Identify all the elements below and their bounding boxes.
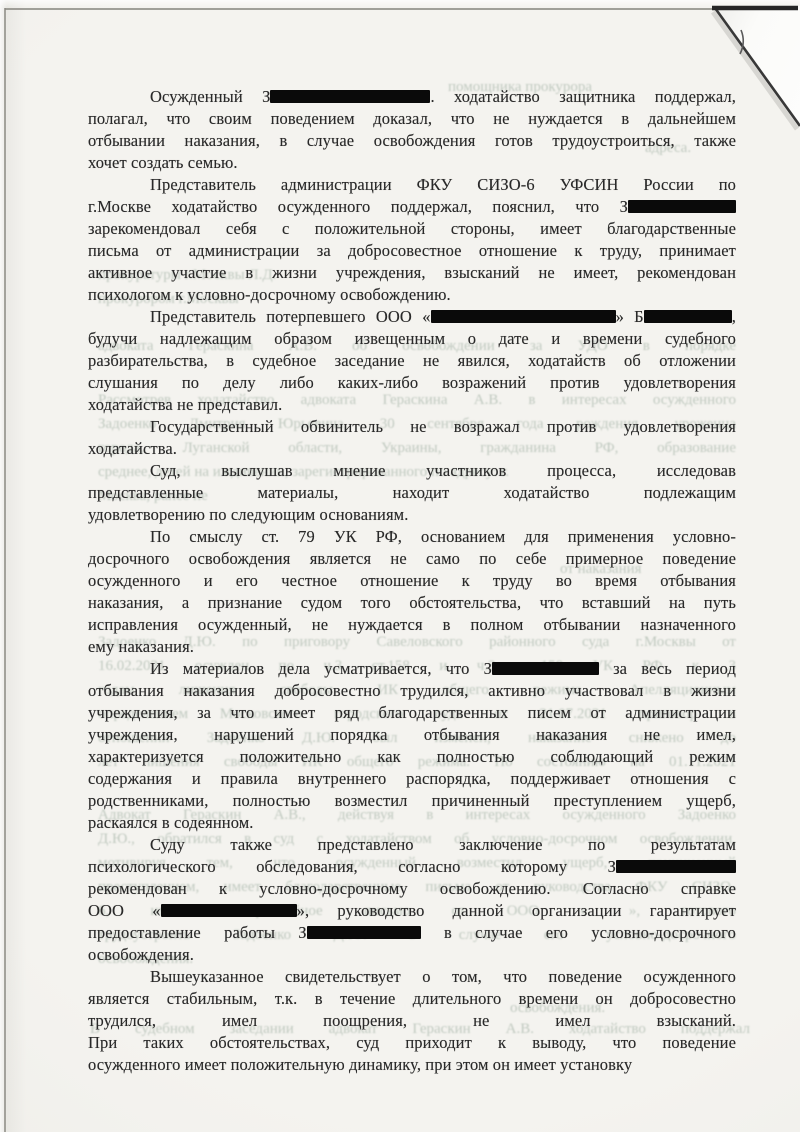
redaction-bar	[616, 860, 736, 873]
text-line: досрочного освобождения является не само…	[88, 548, 736, 570]
paragraph: Представитель потерпевшего ООО «» Б,буду…	[88, 306, 736, 416]
text-run: ,	[732, 307, 736, 326]
text-run: Из материалов дела усматривается, что З	[150, 659, 492, 678]
text-line: родственниками, полностью возместил прич…	[88, 790, 736, 812]
text-line: отбывания наказания добросовестно трудил…	[88, 680, 736, 702]
text-line: зарекомендовал себя с положительной стор…	[88, 218, 736, 240]
text-line: отбывании наказания, в случае освобожден…	[88, 130, 736, 152]
text-run: хочет создать семью.	[88, 153, 238, 172]
redaction-bar	[628, 200, 736, 213]
text-run: слушания по делу либо каких-либо возраже…	[88, 373, 736, 392]
paragraph: Вышеуказанное свидетельствует о том, что…	[88, 966, 736, 1076]
text-run: будучи надлежащим образом извещенным о д…	[88, 329, 736, 348]
text-run: содержания и правила внутреннего распоря…	[88, 769, 736, 788]
text-line: Вышеуказанное свидетельствует о том, что…	[88, 966, 736, 988]
text-run: По смыслу ст. 79 УК РФ, основанием для п…	[150, 527, 736, 546]
redaction-bar	[161, 904, 297, 917]
text-line: письма от администрации за добросовестно…	[88, 240, 736, 262]
text-line: Из материалов дела усматривается, что З …	[88, 658, 736, 680]
text-run: раскаялся в содеянном.	[88, 813, 254, 832]
text-run: представленные материалы, находит ходата…	[88, 483, 736, 502]
text-run: учреждения, нарушений порядка отбывания …	[88, 725, 736, 744]
text-run: осужденного и его честное отношение к тр…	[88, 571, 736, 590]
text-run: Вышеуказанное свидетельствует о том, что…	[150, 967, 736, 986]
text-run: . ходатайство защитника поддержал,	[430, 87, 736, 106]
text-run: исправления осужденный, не нуждается в п…	[88, 615, 736, 634]
text-line: представленные материалы, находит ходата…	[88, 482, 736, 504]
redaction-bar	[644, 310, 732, 323]
text-run: является стабильным, т.к. в течение длит…	[88, 989, 736, 1008]
text-run: Осужденный З	[150, 87, 270, 106]
paragraph: Из материалов дела усматривается, что З …	[88, 658, 736, 834]
text-run: предоставление работы З	[88, 923, 307, 942]
document-text: Осужденный З. ходатайство защитника подд…	[88, 86, 736, 1076]
paragraph: По смыслу ст. 79 УК РФ, основанием для п…	[88, 526, 736, 658]
text-line: полагал, что своим поведением доказал, ч…	[88, 108, 736, 130]
text-line: Суду также представлено заключение по ре…	[88, 834, 736, 856]
text-line: освобождения.	[88, 944, 736, 966]
redaction-bar	[270, 90, 430, 103]
text-run: Государственный обвинитель не возражал п…	[150, 417, 736, 436]
text-line: активное участие в жизни учреждения, взы…	[88, 262, 736, 284]
text-line: учреждения, нарушений порядка отбывания …	[88, 724, 736, 746]
text-run: освобождения.	[88, 945, 194, 964]
redaction-bar	[431, 310, 616, 323]
text-line: психологом к условно-досрочному освобожд…	[88, 284, 736, 306]
text-line: По смыслу ст. 79 УК РФ, основанием для п…	[88, 526, 736, 548]
text-line: осужденного и его честное отношение к тр…	[88, 570, 736, 592]
text-line: ему наказания.	[88, 636, 736, 658]
text-run: трудился, имел поощрения, не имел взыска…	[88, 1011, 736, 1030]
text-line: слушания по делу либо каких-либо возраже…	[88, 372, 736, 394]
text-line: Представитель администрации ФКУ СИЗО-6 У…	[88, 174, 736, 196]
text-run: Представитель потерпевшего ООО «	[150, 307, 431, 326]
text-line: Суд, выслушав мнение участников процесса…	[88, 460, 736, 482]
text-line: г.Москве ходатайство осужденного поддерж…	[88, 196, 736, 218]
text-run: отбывания наказания добросовестно трудил…	[88, 681, 736, 700]
redaction-bar	[307, 926, 421, 939]
text-line: будучи надлежащим образом извещенным о д…	[88, 328, 736, 350]
text-line: характеризуется положительно как полност…	[88, 746, 736, 768]
text-line: осужденного имеет положительную динамику…	[88, 1054, 736, 1076]
text-run: рекомендован к условно-досрочному освобо…	[88, 879, 736, 898]
text-run: родственниками, полностью возместил прич…	[88, 791, 736, 810]
text-run: учреждения, за что имеет ряд благодарств…	[88, 703, 736, 722]
text-line: ходатайства не представил.	[88, 394, 736, 416]
text-run: отбывании наказания, в случае освобожден…	[88, 131, 736, 150]
paragraph: Государственный обвинитель не возражал п…	[88, 416, 736, 460]
scanned-page: помощника прокурораадреса.прокуратуры г.…	[0, 0, 800, 1132]
text-line: психологического обследования, согласно …	[88, 856, 736, 878]
text-run: полагал, что своим поведением доказал, ч…	[88, 109, 736, 128]
text-run: удовлетворению по следующим основаниям.	[88, 505, 408, 524]
text-run: г.Москве ходатайство осужденного поддерж…	[88, 197, 628, 216]
text-line: ООО «», руководство данной организации г…	[88, 900, 736, 922]
text-run: ходатайства не представил.	[88, 395, 282, 414]
text-run: ходатайства.	[88, 439, 177, 458]
text-line: раскаялся в содеянном.	[88, 812, 736, 834]
paragraph: Осужденный З. ходатайство защитника подд…	[88, 86, 736, 174]
text-line: рекомендован к условно-досрочному освобо…	[88, 878, 736, 900]
redaction-bar	[492, 662, 599, 675]
text-line: При таких обстоятельствах, суд приходит …	[88, 1032, 736, 1054]
text-run: Представитель администрации ФКУ СИЗО-6 У…	[150, 175, 736, 194]
text-line: содержания и правила внутреннего распоря…	[88, 768, 736, 790]
text-run: Суду также представлено заключение по ре…	[150, 835, 736, 854]
text-run: » Б	[616, 307, 644, 326]
text-line: хочет создать семью.	[88, 152, 736, 174]
text-run: психологом к условно-досрочному освобожд…	[88, 285, 451, 304]
text-run: письма от администрации за добросовестно…	[88, 241, 736, 260]
text-line: ходатайства.	[88, 438, 736, 460]
text-line: Представитель потерпевшего ООО «» Б,	[88, 306, 736, 328]
paragraph: Представитель администрации ФКУ СИЗО-6 У…	[88, 174, 736, 306]
text-line: предоставление работы З в случае его усл…	[88, 922, 736, 944]
text-line: наказания, а признание судом того обстоя…	[88, 592, 736, 614]
text-line: удовлетворению по следующим основаниям.	[88, 504, 736, 526]
text-run: Суд, выслушав мнение участников процесса…	[150, 461, 736, 480]
text-run: психологического обследования, согласно …	[88, 857, 616, 876]
text-line: учреждения, за что имеет ряд благодарств…	[88, 702, 736, 724]
text-line: исправления осужденный, не нуждается в п…	[88, 614, 736, 636]
text-run: ООО «	[88, 901, 161, 920]
text-run: в случае его условно-досрочного	[421, 923, 736, 942]
text-run: наказания, а признание судом того обстоя…	[88, 593, 736, 612]
text-run: При таких обстоятельствах, суд приходит …	[88, 1033, 736, 1052]
text-line: Осужденный З. ходатайство защитника подд…	[88, 86, 736, 108]
paragraph: Суду также представлено заключение по ре…	[88, 834, 736, 966]
text-run: зарекомендовал себя с положительной стор…	[88, 219, 736, 238]
paragraph: Суд, выслушав мнение участников процесса…	[88, 460, 736, 526]
text-run: досрочного освобождения является не само…	[88, 549, 736, 568]
text-run: осужденного имеет положительную динамику…	[88, 1055, 632, 1074]
text-run: характеризуется положительно как полност…	[88, 747, 736, 766]
text-line: Государственный обвинитель не возражал п…	[88, 416, 736, 438]
text-run: », руководство данной организации гарант…	[297, 901, 736, 920]
text-run: разбирательства, в судебное заседание не…	[88, 351, 736, 370]
text-run: активное участие в жизни учреждения, взы…	[88, 263, 736, 282]
text-line: трудился, имел поощрения, не имел взыска…	[88, 1010, 736, 1032]
text-line: разбирательства, в судебное заседание не…	[88, 350, 736, 372]
text-line: является стабильным, т.к. в течение длит…	[88, 988, 736, 1010]
text-run: ему наказания.	[88, 637, 194, 656]
text-run: за весь период	[599, 659, 736, 678]
